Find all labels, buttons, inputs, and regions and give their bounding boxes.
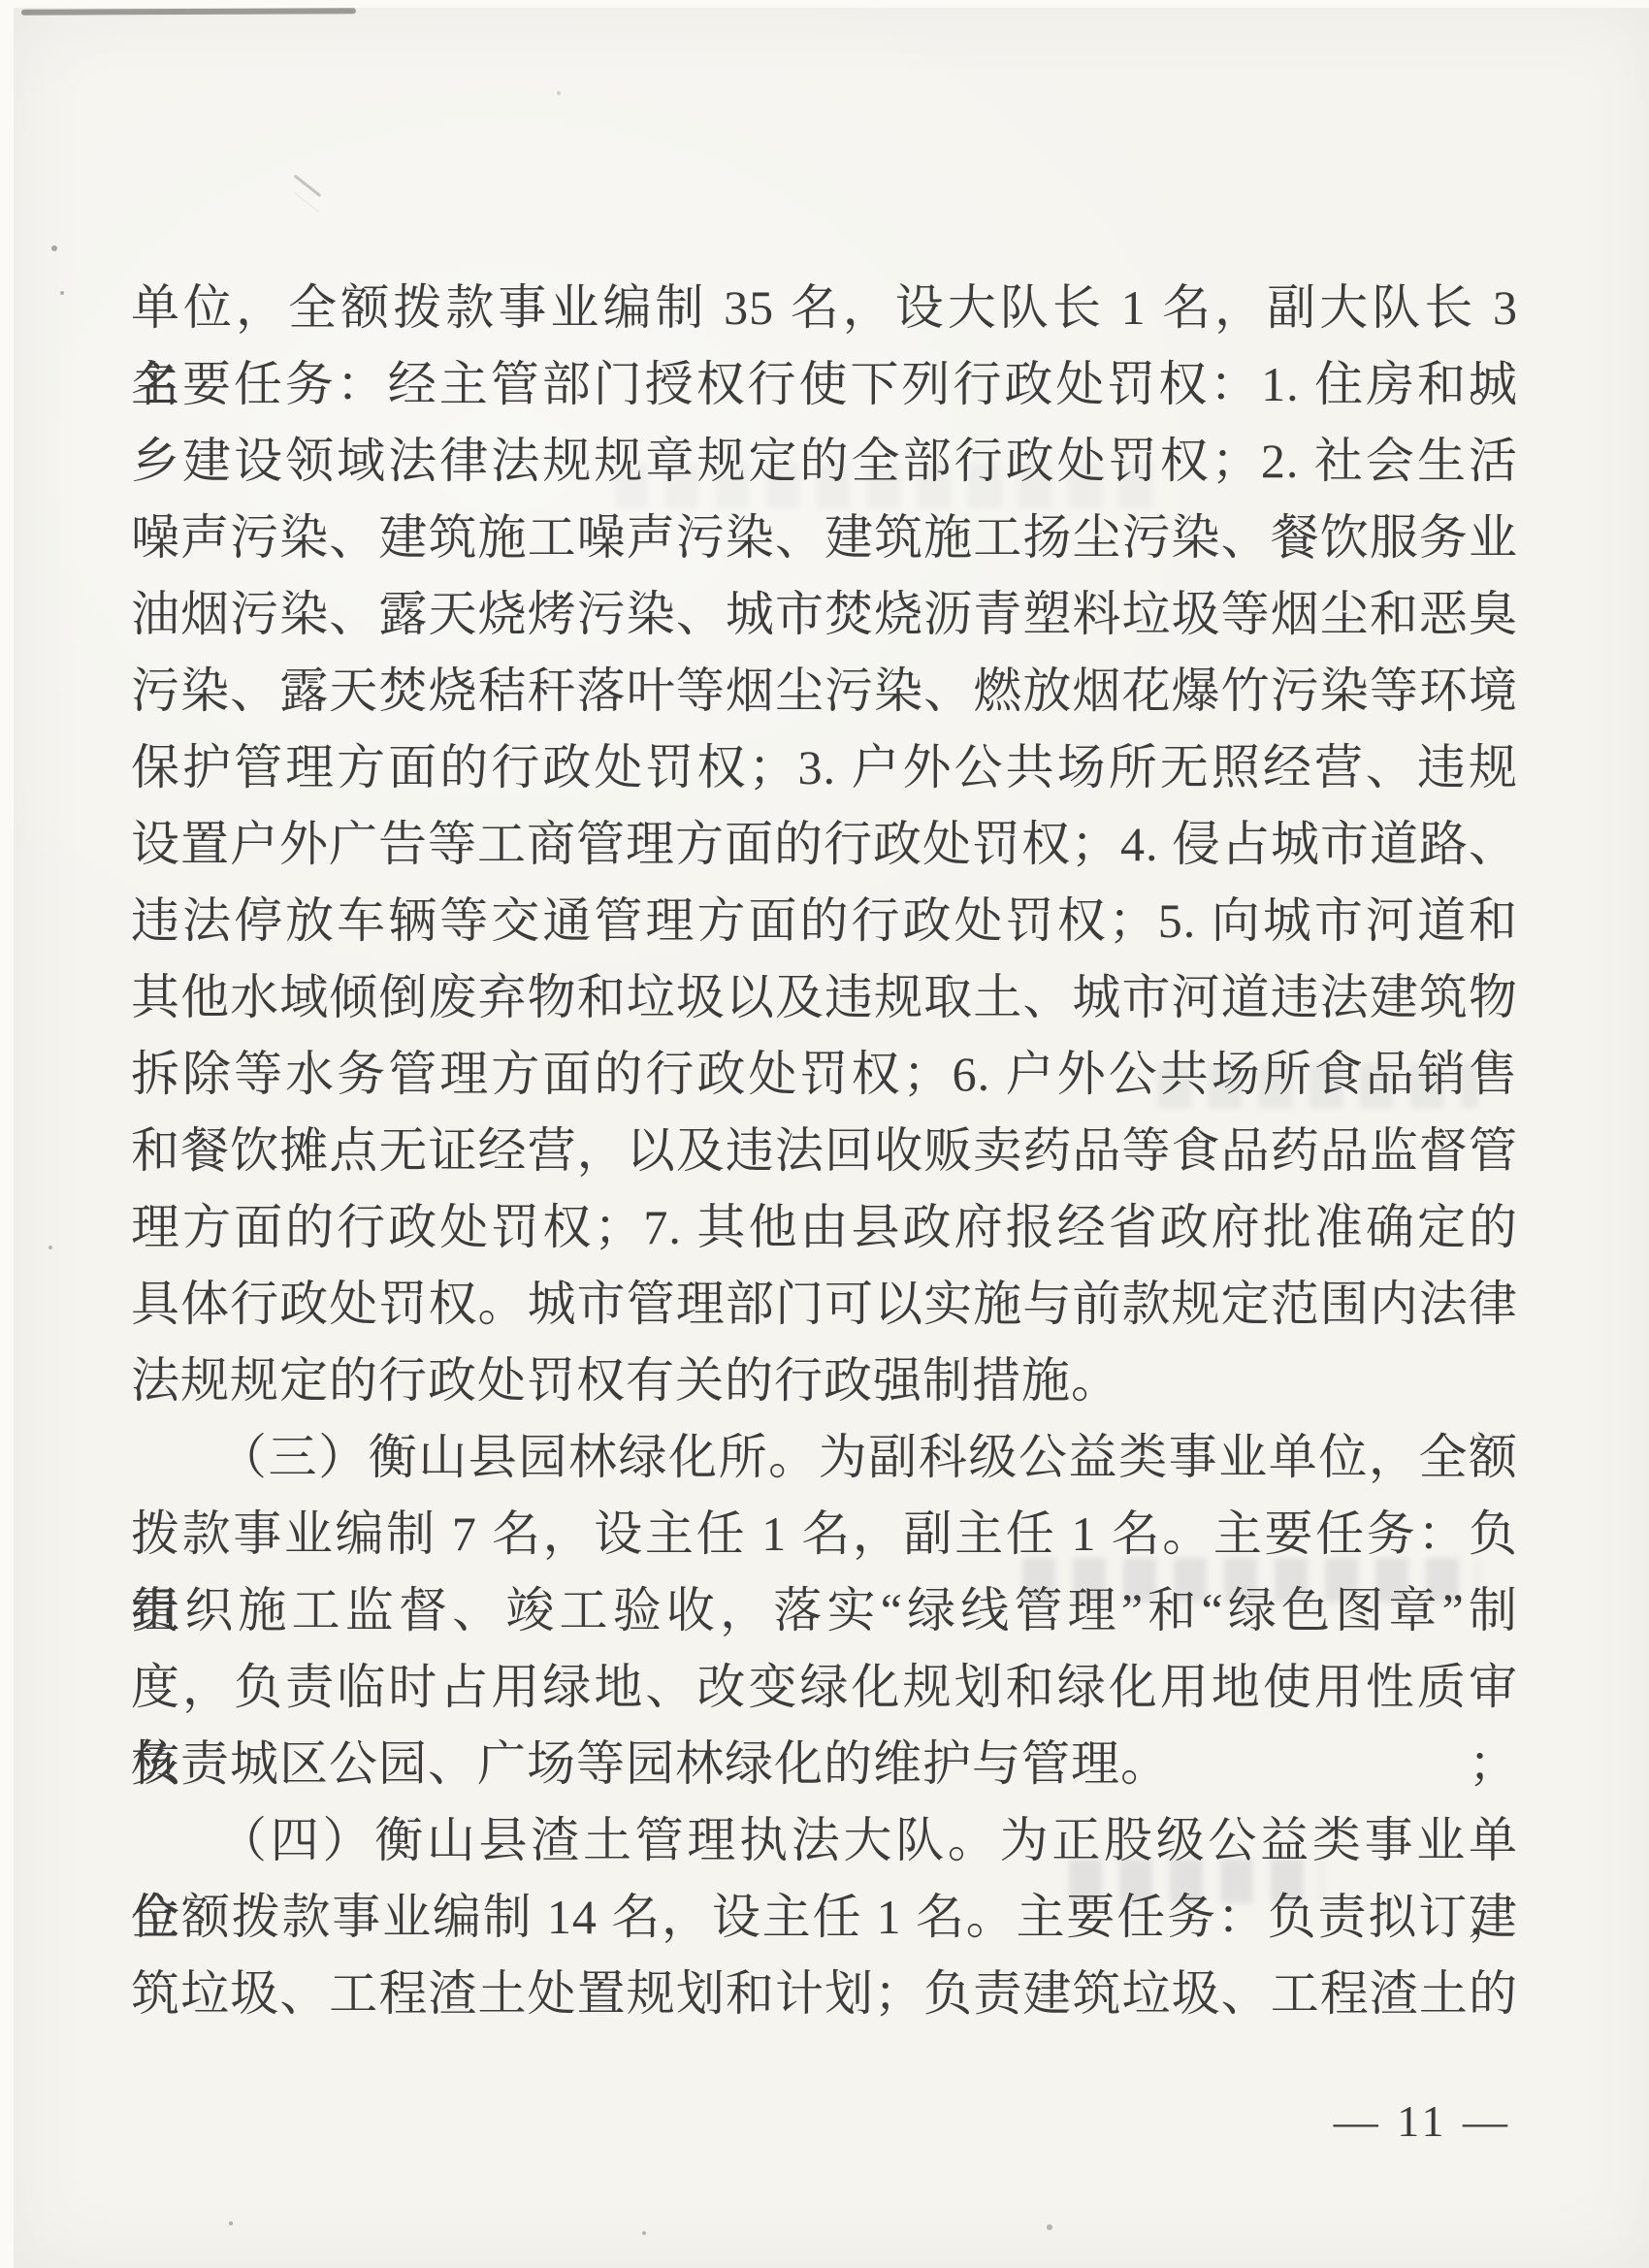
text-line: 设置户外广告等工商管理方面的行政处罚权；4. 侵占城市道路、 [131,806,1518,883]
text-line: 筑垃圾、工程渣土处置规划和计划；负责建筑垃圾、工程渣土的 [131,1956,1518,2032]
text-line: 主要任务：经主管部门授权行使下列行政处罚权：1. 住房和城 [131,346,1518,423]
text-line: （三）衡山县园林绿化所。为副科级公益类事业单位，全额 [131,1419,1518,1496]
text-line: 其他水域倾倒废弃物和垃圾以及违规取土、城市河道违法建筑物 [131,959,1518,1036]
pencil-mark [294,175,322,197]
text-line: 单位，全额拨款事业编制 35 名，设大队长 1 名，副大队长 3 名。 [131,270,1518,346]
text-line: 油烟污染、露天烧烤污染、城市焚烧沥青塑料垃圾等烟尘和恶臭 [131,576,1518,653]
text-line: 保护管理方面的行政处罚权；3. 户外公共场所无照经营、违规 [131,729,1518,806]
page-number: — 11 — [1334,2095,1511,2147]
text-line: 法规规定的行政处罚权有关的行政强制措施。 [131,1343,1518,1419]
text-line: （四）衡山县渣土管理执法大队。为正股级公益类事业单位， [131,1802,1518,1879]
text-line: 污染、露天焚烧秸秆落叶等烟尘污染、燃放烟花爆竹污染等环境 [131,653,1518,729]
text-line: 噪声污染、建筑施工噪声污染、建筑施工扬尘污染、餐饮服务业 [131,500,1518,576]
text-line: 组织施工监督、竣工验收，落实“绿线管理”和“绿色图章”制 [131,1572,1518,1649]
text-line: 拆除等水务管理方面的行政处罚权；6. 户外公共场所食品销售 [131,1036,1518,1113]
document-text: 单位，全额拨款事业编制 35 名，设大队长 1 名，副大队长 3 名。主要任务：… [131,270,1518,2032]
text-line: 具体行政处罚权。城市管理部门可以实施与前款规定范围内法律 [131,1266,1518,1343]
text-line: 度，负责临时占用绿地、改变绿化规划和绿化用地使用性质审核； [131,1649,1518,1726]
text-line: 理方面的行政处罚权；7. 其他由县政府报经省政府批准确定的 [131,1189,1518,1266]
scan-edge-artifact [21,8,356,16]
dust-specks [14,8,17,12]
text-line: 乡建设领域法律法规规章规定的全部行政处罚权；2. 社会生活 [131,423,1518,500]
text-line: 和餐饮摊点无证经营，以及违法回收贩卖药品等食品药品监督管 [131,1113,1518,1189]
text-line: 全额拨款事业编制 14 名，设主任 1 名。主要任务：负责拟订建 [131,1879,1518,1956]
text-line: 拨款事业编制 7 名，设主任 1 名，副主任 1 名。主要任务：负责 [131,1496,1518,1572]
text-line: 违法停放车辆等交通管理方面的行政处罚权；5. 向城市河道和 [131,883,1518,959]
scanned-page: 单位，全额拨款事业编制 35 名，设大队长 1 名，副大队长 3 名。主要任务：… [14,8,1649,2268]
